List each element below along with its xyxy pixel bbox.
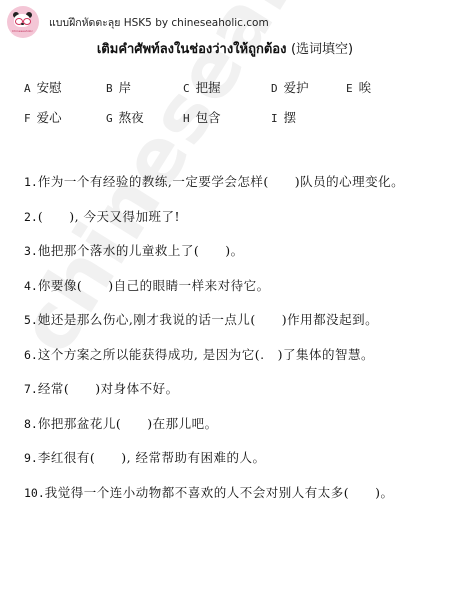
option-i: I摆	[271, 108, 296, 138]
options-row-2: F爱心 G熬夜 H包含 I摆	[24, 108, 371, 138]
question-7: 7.经常( )对身体不好。	[24, 379, 404, 414]
option-h: H包含	[183, 108, 271, 138]
title-chinese: (选词填空)	[291, 42, 353, 57]
logo-glasses-right	[23, 18, 31, 25]
option-c: C把握	[183, 78, 271, 108]
question-2: 2.( ), 今天又得加班了!	[24, 207, 404, 242]
question-9: 9.李红很有( ), 经常帮助有困难的人。	[24, 448, 404, 483]
question-4: 4.你要像( )自己的眼睛一样来对待它。	[24, 276, 404, 311]
question-1: 1.作为一个有经验的教练,一定要学会怎样( )队员的心理变化。	[24, 172, 404, 207]
logo-label: Chineseaholic	[12, 29, 33, 33]
title-thai: เติมคำศัพท์ลงในช่องว่างให้ถูกต้อง	[97, 42, 287, 57]
question-6: 6.这个方案之所以能获得成功, 是因为它(. )了集体的智慧。	[24, 345, 404, 380]
logo-nose	[21, 23, 24, 25]
word-options: A安慰 B岸 C把握 D爱护 E唉 F爱心 G熬夜 H包含 I摆	[24, 78, 371, 138]
option-d: D爱护	[271, 78, 346, 108]
option-b: B岸	[106, 78, 183, 108]
option-a: A安慰	[24, 78, 106, 108]
question-5: 5.她还是那么伤心,刚才我说的话一点儿( )作用都没起到。	[24, 310, 404, 345]
option-f: F爱心	[24, 108, 106, 138]
question-3: 3.他把那个落水的儿童救上了( )。	[24, 241, 404, 276]
site-line: แบบฝึกหัดตะลุย HSK5 by chineseaholic.com	[49, 14, 269, 31]
header: Chineseaholic แบบฝึกหัดตะลุย HSK5 by chi…	[7, 6, 269, 38]
question-8: 8.你把那盆花儿( )在那儿吧。	[24, 414, 404, 449]
question-list: 1.作为一个有经验的教练,一定要学会怎样( )队员的心理变化。 2.( ), 今…	[24, 172, 404, 517]
page-title: เติมคำศัพท์ลงในช่องว่างให้ถูกต้อง (选词填空)	[0, 38, 450, 59]
option-g: G熬夜	[106, 108, 183, 138]
option-e: E唉	[346, 78, 371, 108]
question-10: 10.我觉得一个连小动物都不喜欢的人不会对别人有太多( )。	[24, 483, 404, 518]
options-row-1: A安慰 B岸 C把握 D爱护 E唉	[24, 78, 371, 108]
panda-logo-icon: Chineseaholic	[7, 6, 39, 38]
